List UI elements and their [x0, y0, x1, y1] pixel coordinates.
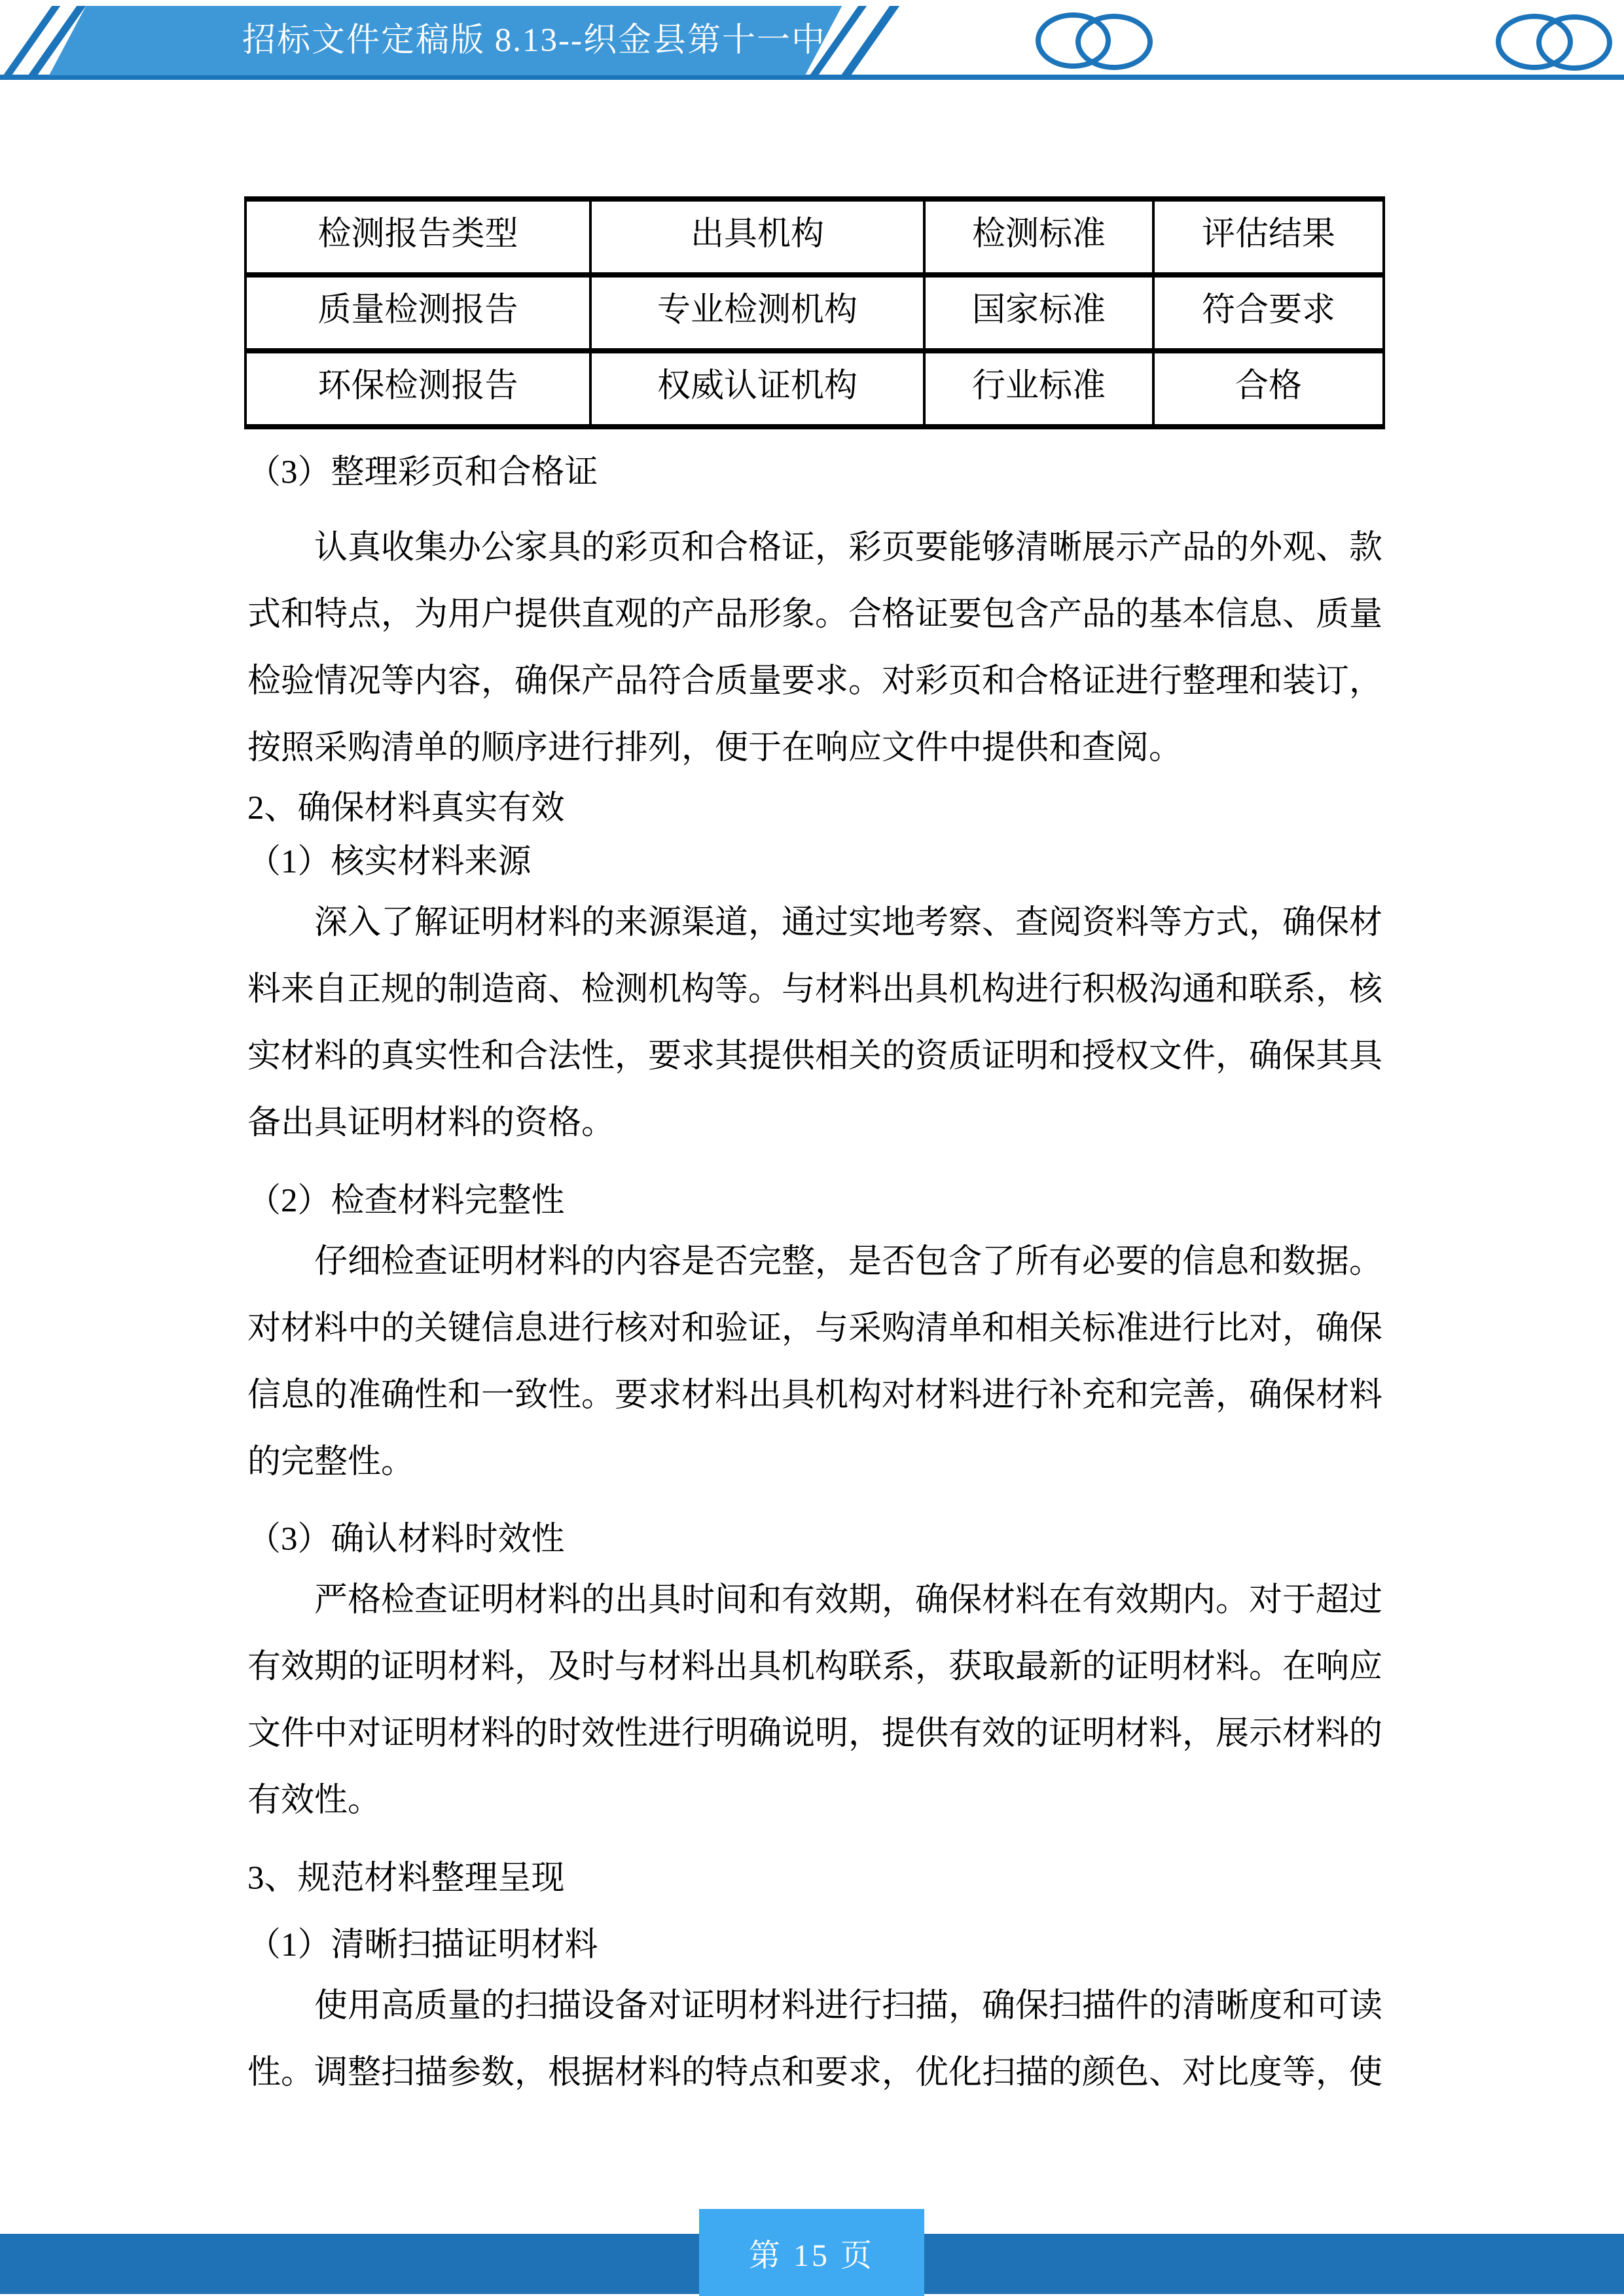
- table-cell: 专业检测机构: [590, 275, 924, 351]
- paragraph: 深入了解证明材料的来源渠道，通过实地考察、查阅资料等方式，确保材料来自正规的制造…: [247, 889, 1382, 1157]
- section-heading: 3、规范材料整理呈现: [247, 1845, 1382, 1912]
- table-row: 质量检测报告 专业检测机构 国家标准 符合要求: [245, 275, 1384, 351]
- paragraph: 认真收集办公家具的彩页和合格证，彩页要能够清晰展示产品的外观、款式和特点，为用户…: [247, 514, 1382, 781]
- page-number: 第 15 页: [749, 2230, 875, 2275]
- table-cell: 行业标准: [924, 351, 1153, 427]
- section-heading: （1）清晰扫描证明材料: [247, 1912, 1382, 1979]
- document-title: 招标文件定稿版 8.13--织金县第十一中学: [242, 6, 842, 75]
- section-heading: （2）检查材料完整性: [247, 1168, 1382, 1234]
- diagonal-stripe-icon: [841, 6, 899, 75]
- inspection-report-table: 检测报告类型 出具机构 检测标准 评估结果 质量检测报告 专业检测机构 国家标准…: [244, 196, 1385, 429]
- table-cell: 权威认证机构: [590, 351, 924, 427]
- table-row: 环保检测报告 权威认证机构 行业标准 合格: [245, 351, 1384, 427]
- section-heading: （1）核实材料来源: [247, 829, 1382, 895]
- section-heading: （3）确认材料时效性: [247, 1506, 1382, 1573]
- section-heading: （3）整理彩页和合格证: [247, 439, 1382, 506]
- circle-icon: [1536, 14, 1612, 71]
- header-banner: 招标文件定稿版 8.13--织金县第十一中学: [49, 6, 842, 75]
- table-cell: 符合要求: [1153, 275, 1384, 351]
- table-cell: 质量检测报告: [245, 275, 590, 351]
- column-header: 出具机构: [590, 199, 924, 275]
- circle-icon: [1075, 14, 1153, 70]
- paragraph: 仔细检查证明材料的内容是否完整，是否包含了所有必要的信息和数据。对材料中的关键信…: [247, 1229, 1382, 1496]
- table-cell: 国家标准: [924, 275, 1153, 351]
- table-cell: 合格: [1153, 351, 1384, 427]
- paragraph: 严格检查证明材料的出具时间和有效期，确保材料在有效期内。对于超过有效期的证明材料…: [247, 1567, 1382, 1834]
- column-header: 评估结果: [1153, 199, 1384, 275]
- paragraph: 使用高质量的扫描设备对证明材料进行扫描，确保扫描件的清晰度和可读性。调整扫描参数…: [247, 1973, 1382, 2106]
- header-rule-line: [0, 75, 1624, 80]
- document-page: 招标文件定稿版 8.13--织金县第十一中学 检测报告类型 出具机构 检测标准 …: [0, 0, 1624, 2296]
- column-header: 检测报告类型: [245, 199, 590, 275]
- table-cell: 环保检测报告: [245, 351, 590, 427]
- column-header: 检测标准: [924, 199, 1153, 275]
- table-header-row: 检测报告类型 出具机构 检测标准 评估结果: [245, 199, 1384, 275]
- page-number-badge: 第 15 页: [699, 2209, 924, 2296]
